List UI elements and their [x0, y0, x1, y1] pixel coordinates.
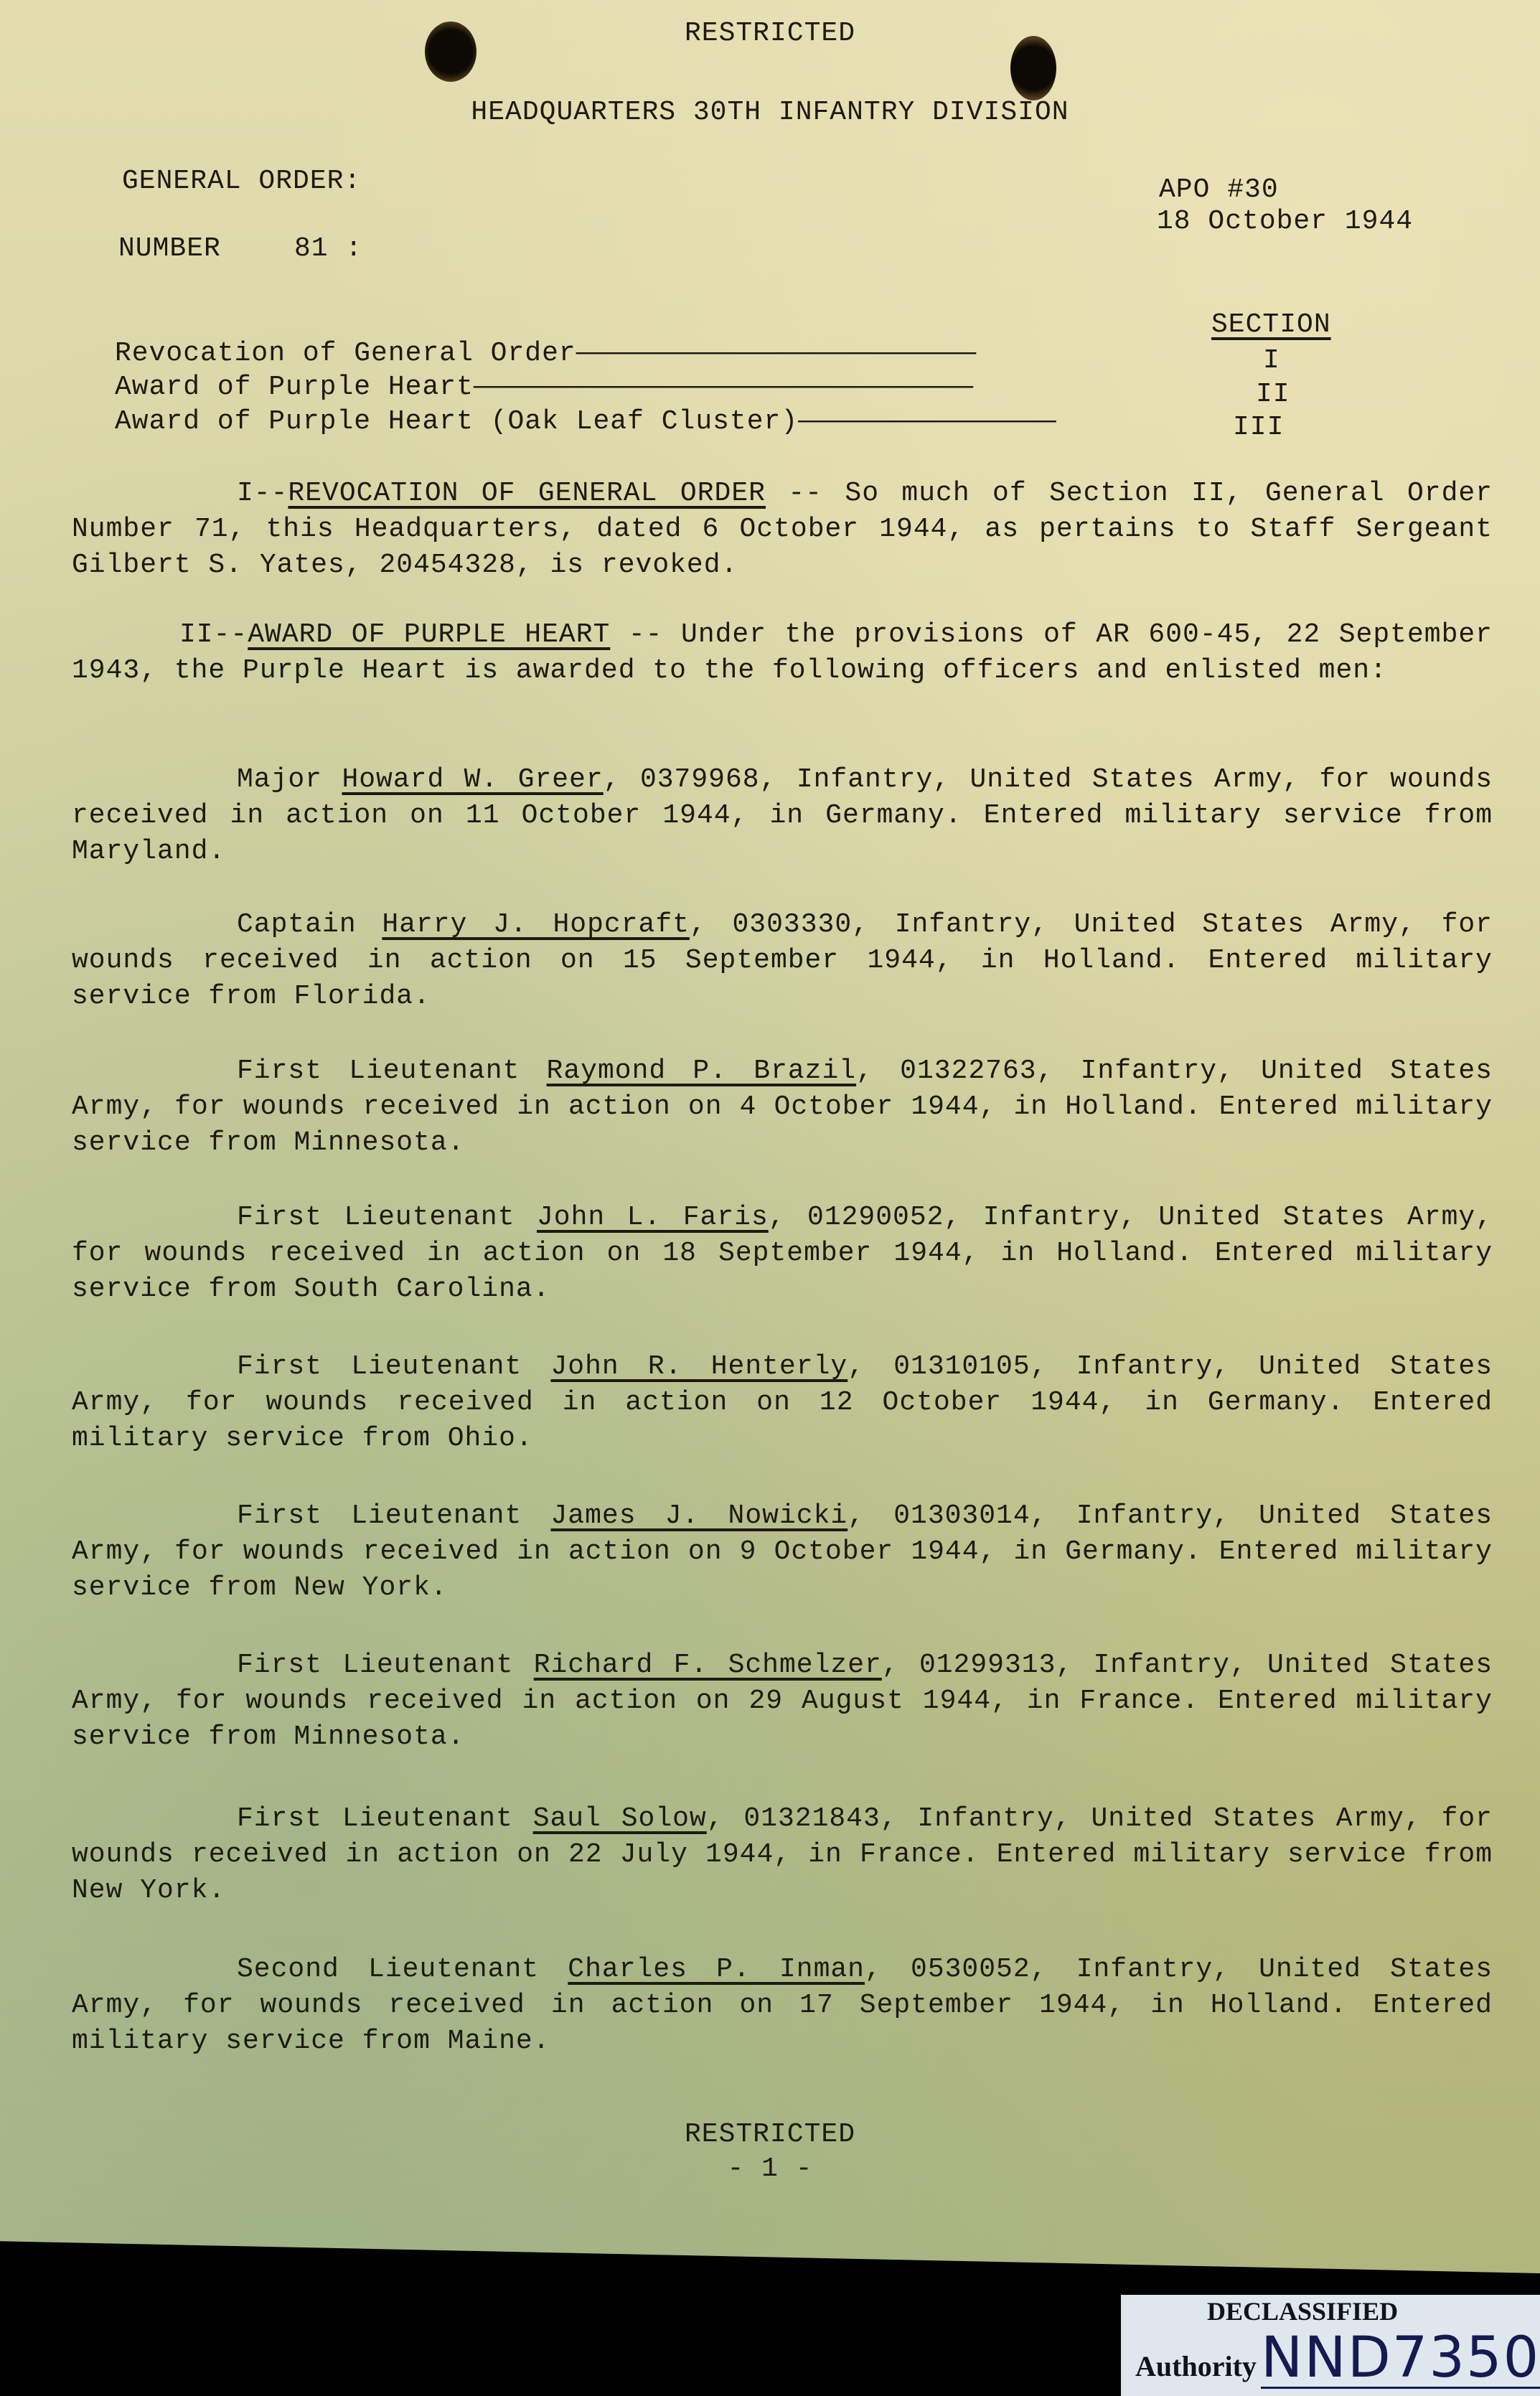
number-label: NUMBER: [118, 231, 221, 267]
award-entry: First Lieutenant James J. Nowicki, 01303…: [72, 1498, 1493, 1606]
general-order-label: GENERAL ORDER:: [122, 164, 361, 199]
contents-item: Award of Purple Heart (Oak Leaf Cluster)…: [115, 404, 1054, 440]
award-entry: First Lieutenant John L. Faris, 01290052…: [72, 1200, 1493, 1307]
stamp-authority-number: NND735017: [1261, 2329, 1540, 2389]
contents-section: I: [1263, 343, 1280, 379]
classification-top: RESTRICTED: [0, 16, 1540, 52]
award-entry: Captain Harry J. Hopcraft, 0303330, Infa…: [72, 907, 1493, 1015]
stamp-authority-label: Authority: [1135, 2349, 1257, 2383]
section-heading: AWARD OF PURPLE HEART: [248, 619, 610, 650]
award-entry: First Lieutenant John R. Henterly, 01310…: [72, 1349, 1493, 1457]
order-date: 18 October 1944: [1157, 204, 1413, 240]
award-entry: Second Lieutenant Charles P. Inman, 0530…: [72, 1952, 1493, 2059]
contents-section: II: [1256, 377, 1290, 413]
section-purple-heart: II--AWARD OF PURPLE HEART -- Under the p…: [72, 617, 1493, 689]
classification-bottom: RESTRICTED: [0, 2117, 1540, 2153]
award-entry: First Lieutenant Raymond P. Brazil, 0132…: [72, 1053, 1493, 1161]
apo: APO #30: [1159, 172, 1279, 208]
section-revocation: I--REVOCATION OF GENERAL ORDER -- So muc…: [72, 476, 1493, 583]
contents-section: III: [1233, 410, 1284, 446]
section-heading: REVOCATION OF GENERAL ORDER: [288, 478, 766, 509]
contents-item: Revocation of General Order—————————————…: [115, 336, 974, 372]
award-entry: Major Howard W. Greer, 0379968, Infantry…: [72, 762, 1493, 870]
page-number: - 1 -: [0, 2151, 1540, 2187]
stamp-title: DECLASSIFIED: [1207, 2296, 1398, 2326]
number-value: 81 :: [294, 231, 362, 267]
headquarters-title: HEADQUARTERS 30TH INFANTRY DIVISION: [0, 95, 1540, 131]
contents-header: SECTION: [1211, 307, 1331, 343]
award-entry: First Lieutenant Richard F. Schmelzer, 0…: [72, 1648, 1493, 1755]
award-entry: First Lieutenant Saul Solow, 01321843, I…: [72, 1801, 1493, 1909]
declassified-stamp: DECLASSIFIED Authority NND735017: [1121, 2295, 1540, 2396]
contents-item: Award of Purple Heart———————————————————…: [115, 370, 971, 405]
